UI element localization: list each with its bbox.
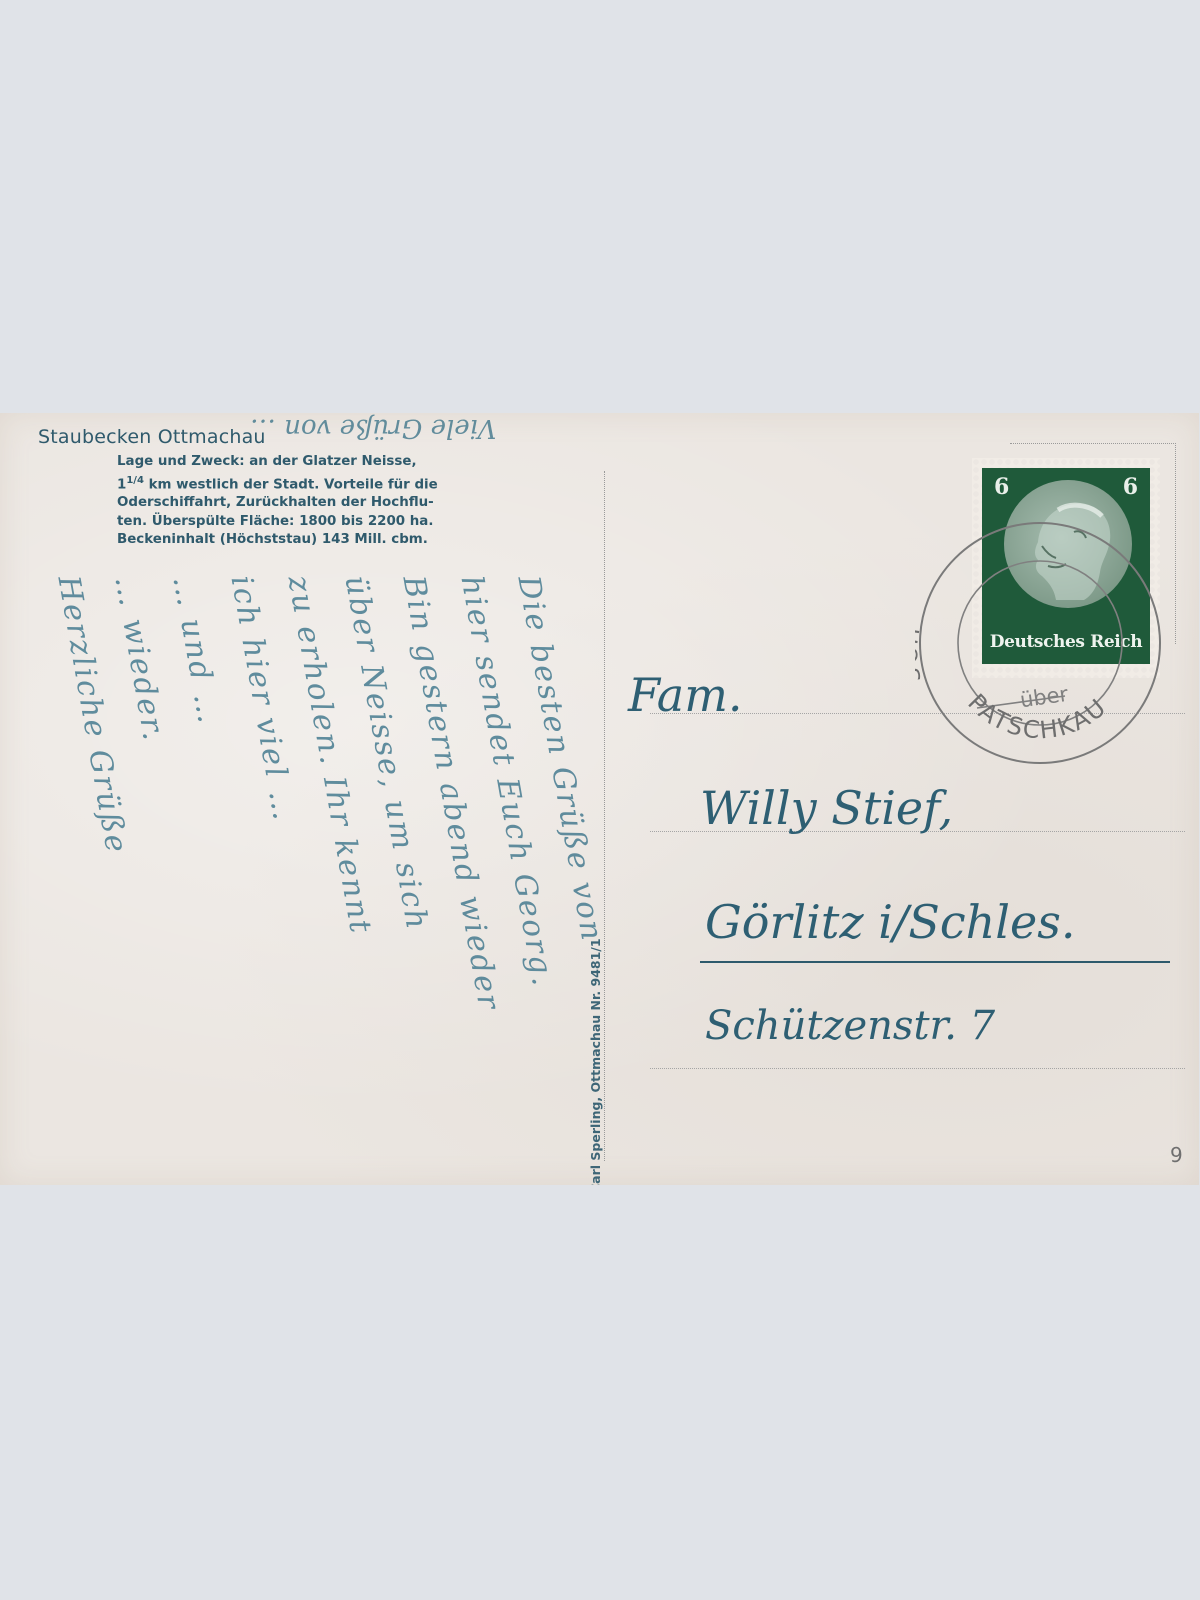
description-line: ten. Überspülte Fläche: 1800 bis 2200 ha… bbox=[117, 513, 495, 532]
description-text: km westlich der Stadt. Vorteile für die bbox=[149, 477, 438, 492]
handwritten-message-line: … und … bbox=[166, 573, 227, 728]
address-line-2: Willy Stief, bbox=[700, 781, 953, 835]
publisher-imprint: Carl Sperling, Ottmachau Nr. 9481/1 bbox=[588, 938, 603, 1185]
postmark-origin: SCH bbox=[915, 623, 927, 684]
address-rule bbox=[650, 965, 1185, 966]
postmark-via: über bbox=[1018, 682, 1069, 713]
address-underline bbox=[700, 961, 1170, 963]
address-rule bbox=[650, 1068, 1185, 1069]
address-line-4: Schützenstr. 7 bbox=[705, 1003, 995, 1049]
address-line-1: Fam. bbox=[628, 668, 742, 722]
handwritten-greeting-top: Viele Grüße von … bbox=[250, 413, 496, 443]
fraction: 1/4 bbox=[126, 475, 144, 486]
postcard-description: Lage und Zweck: an der Glatzer Neisse, 1… bbox=[117, 453, 495, 550]
postcard: Staubecken Ottmachau Lage und Zweck: an … bbox=[0, 413, 1199, 1185]
description-line: Lage und Zweck: an der Glatzer Neisse, bbox=[117, 453, 495, 472]
fraction-whole: 1 bbox=[117, 477, 126, 492]
handwritten-message-line: … wieder. bbox=[108, 573, 172, 745]
postmark-icon: PATSCHKAU SCH über bbox=[915, 518, 1165, 768]
address-line-3: Görlitz i/Schles. bbox=[705, 895, 1075, 949]
description-line: 11/4 km westlich der Stadt. Vorteile für… bbox=[117, 472, 495, 495]
page-marker: 9 bbox=[1170, 1143, 1183, 1167]
description-line: Beckeninhalt (Höchststau) 143 Mill. cbm. bbox=[117, 531, 495, 550]
postcard-title: Staubecken Ottmachau bbox=[38, 426, 266, 448]
description-line: Oderschiffahrt, Zurückhalten der Hochflu… bbox=[117, 494, 495, 513]
svg-text:SCH: SCH bbox=[915, 623, 927, 684]
center-divider bbox=[604, 471, 605, 1161]
